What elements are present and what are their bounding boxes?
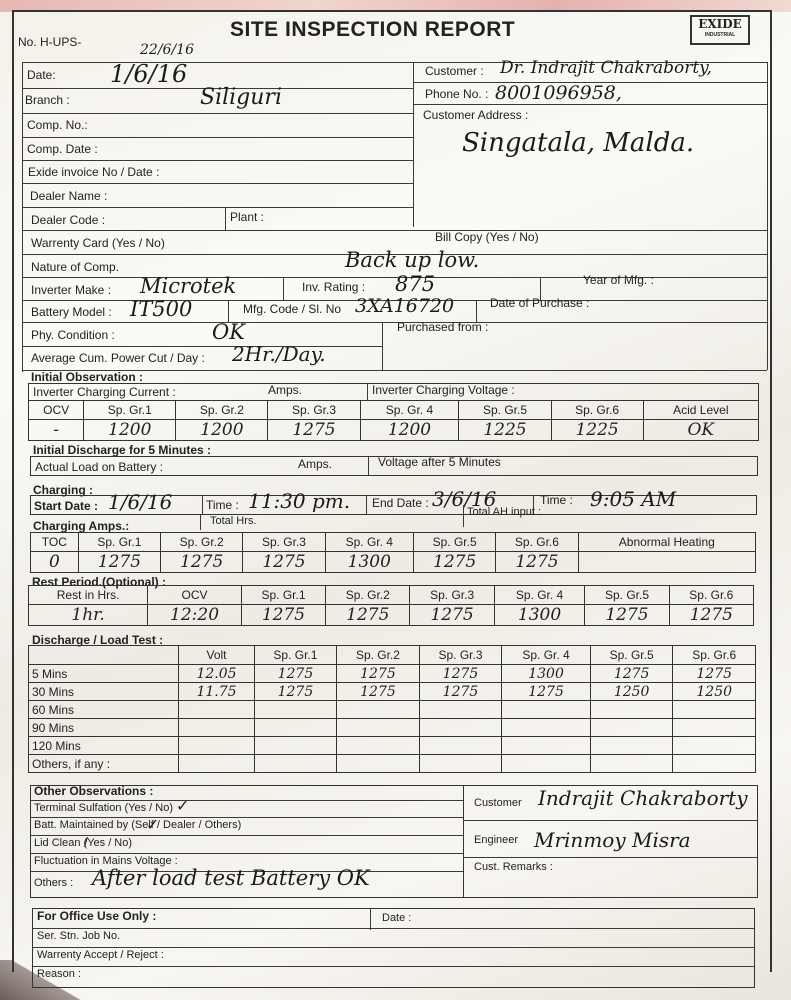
total-hrs-label: Total Hrs. bbox=[210, 515, 256, 527]
inv-rating-value[interactable]: 875 bbox=[395, 272, 435, 296]
header-cell: OCV bbox=[148, 586, 242, 605]
office-use-heading: For Office Use Only : bbox=[37, 909, 156, 923]
battery-model-value[interactable]: IT500 bbox=[130, 297, 192, 321]
start-time-value[interactable]: 11:30 pm. bbox=[248, 489, 350, 513]
avg-power-cut-label: Average Cum. Power Cut / Day : bbox=[31, 351, 205, 365]
phy-condition-label: Phy. Condition : bbox=[31, 328, 115, 342]
checkmark-icon: / bbox=[84, 834, 88, 850]
value-cell[interactable]: 1200 bbox=[84, 420, 176, 441]
date-note: 22/6/16 bbox=[140, 42, 194, 58]
phone-value[interactable]: 8001096958, bbox=[495, 82, 622, 104]
header-cell: Sp. Gr.5 bbox=[414, 533, 496, 552]
warranty-accept-label: Warrenty Accept / Reject : bbox=[37, 949, 164, 961]
table-row: 30 Mins11.75127512751275127512501250 bbox=[29, 683, 756, 701]
value-cell[interactable]: 1275 bbox=[673, 665, 756, 683]
value-cell[interactable]: 1275 bbox=[419, 683, 502, 701]
customer-sign-label: Customer bbox=[474, 797, 522, 809]
job-no-label: Ser. Stn. Job No. bbox=[37, 930, 120, 942]
engineer-sign-label: Engineer bbox=[474, 834, 518, 846]
value-cell[interactable] bbox=[590, 755, 673, 773]
charging-current-label: Inverter Charging Current : bbox=[33, 385, 176, 399]
year-of-mfg-label: Year of Mfg. : bbox=[583, 273, 654, 287]
comp-date-label: Comp. Date : bbox=[27, 142, 98, 156]
rest-period-table: Rest in Hrs.OCVSp. Gr.1Sp. Gr.2Sp. Gr.3S… bbox=[28, 585, 754, 626]
customer-label: Customer : bbox=[425, 64, 484, 78]
value-cell[interactable]: 1275 bbox=[326, 605, 410, 626]
batt-maintained-label[interactable]: Batt. Maintained by (Self / Dealer / Oth… bbox=[34, 819, 241, 831]
value-cell[interactable] bbox=[254, 737, 337, 755]
header-cell: OCV bbox=[29, 401, 84, 420]
row-label: 90 Mins bbox=[29, 719, 179, 737]
date-value[interactable]: 1/6/16 bbox=[110, 60, 187, 88]
start-time-label: Time : bbox=[206, 498, 239, 512]
exide-invoice-label: Exide invoice No / Date : bbox=[28, 165, 159, 179]
value-cell[interactable]: - bbox=[29, 420, 84, 441]
mfg-code-value[interactable]: 3XA16720 bbox=[355, 295, 454, 317]
initial-discharge-heading: Initial Discharge for 5 Minutes : bbox=[33, 443, 211, 457]
table-header-row: VoltSp. Gr.1Sp. Gr.2Sp. Gr.3Sp. Gr. 4Sp.… bbox=[29, 646, 756, 665]
others-value[interactable]: After load test Battery OK bbox=[92, 866, 370, 890]
exide-logo: EXIDE INDUSTRIAL bbox=[690, 15, 750, 45]
value-cell[interactable] bbox=[590, 737, 673, 755]
customer-address-label: Customer Address : bbox=[423, 108, 528, 122]
value-cell[interactable] bbox=[502, 737, 591, 755]
header-cell: Sp. Gr.1 bbox=[78, 533, 160, 552]
header-cell: Sp. Gr.1 bbox=[254, 646, 337, 665]
nature-of-comp-label: Nature of Comp. bbox=[31, 260, 119, 274]
charging-current-amps: Amps. bbox=[268, 383, 302, 397]
table-row: 0127512751275130012751275 bbox=[31, 552, 756, 573]
value-cell[interactable] bbox=[673, 755, 756, 773]
date-of-purchase-label: Date of Purchase : bbox=[490, 296, 589, 310]
customer-signature: Indrajit Chakraborty bbox=[538, 786, 748, 810]
header-cell: Abnormal Heating bbox=[578, 533, 755, 552]
header-cell: Sp. Gr.1 bbox=[241, 586, 325, 605]
date-label: Date: bbox=[27, 68, 56, 82]
row-label: Others, if any : bbox=[29, 755, 179, 773]
header-cell: Sp. Gr.5 bbox=[590, 646, 673, 665]
value-cell[interactable]: 1275 bbox=[585, 605, 669, 626]
header-cell: Sp. Gr.6 bbox=[496, 533, 578, 552]
header-cell: Sp. Gr.5 bbox=[585, 586, 669, 605]
header-cell: Volt bbox=[179, 646, 254, 665]
inverter-make-label: Inverter Make : bbox=[31, 283, 111, 297]
header-cell: Sp. Gr.3 bbox=[268, 401, 360, 420]
voltage-after-5min-label: Voltage after 5 Minutes bbox=[378, 455, 501, 469]
actual-load-label: Actual Load on Battery : bbox=[35, 460, 163, 474]
table-header-row: OCVSp. Gr.1Sp. Gr.2Sp. Gr.3Sp. Gr. 4Sp. … bbox=[29, 401, 759, 420]
avg-power-cut-value[interactable]: 2Hr./Day. bbox=[232, 342, 326, 366]
logo-text: EXIDE bbox=[692, 17, 748, 31]
value-cell[interactable]: 1275 bbox=[78, 552, 160, 573]
value-cell[interactable] bbox=[673, 701, 756, 719]
value-cell[interactable] bbox=[337, 701, 420, 719]
header-cell bbox=[29, 646, 179, 665]
value-cell[interactable]: 1275 bbox=[414, 552, 496, 573]
warranty-card-label: Warrenty Card (Yes / No) bbox=[31, 236, 165, 250]
value-cell[interactable]: 1275 bbox=[410, 605, 494, 626]
header-cell: Sp. Gr. 4 bbox=[494, 586, 585, 605]
header-cell: Sp. Gr.2 bbox=[161, 533, 243, 552]
value-cell[interactable] bbox=[179, 755, 254, 773]
start-date-value[interactable]: 1/6/16 bbox=[108, 490, 172, 514]
value-cell[interactable]: 11.75 bbox=[179, 683, 254, 701]
checkmark-icon: ✓ bbox=[146, 815, 159, 835]
value-cell[interactable]: 1275 bbox=[254, 665, 337, 683]
value-cell[interactable] bbox=[419, 737, 502, 755]
header-cell: Sp. Gr.3 bbox=[419, 646, 502, 665]
header-cell: Sp. Gr.6 bbox=[669, 586, 753, 605]
value-cell[interactable] bbox=[419, 719, 502, 737]
report-number-label: No. H-UPS- bbox=[18, 35, 81, 49]
value-cell[interactable] bbox=[179, 701, 254, 719]
value-cell[interactable] bbox=[502, 701, 591, 719]
row-label: 5 Mins bbox=[29, 665, 179, 683]
branch-value[interactable]: Siliguri bbox=[200, 85, 282, 110]
purchased-from-label: Purchased from : bbox=[397, 320, 488, 334]
initial-observation-table: OCVSp. Gr.1Sp. Gr.2Sp. Gr.3Sp. Gr. 4Sp. … bbox=[28, 400, 759, 441]
header-cell: Sp. Gr. 4 bbox=[360, 401, 459, 420]
comp-no-label: Comp. No.: bbox=[27, 118, 88, 132]
inverter-make-value[interactable]: Microtek bbox=[140, 274, 236, 298]
header-cell: Sp. Gr.2 bbox=[176, 401, 268, 420]
discharge-test-table: VoltSp. Gr.1Sp. Gr.2Sp. Gr.3Sp. Gr. 4Sp.… bbox=[28, 645, 756, 773]
header-cell: Sp. Gr.3 bbox=[243, 533, 325, 552]
value-cell[interactable] bbox=[673, 737, 756, 755]
row-label: 120 Mins bbox=[29, 737, 179, 755]
total-ah-label: Total AH input : bbox=[467, 506, 541, 518]
value-cell[interactable]: 12.05 bbox=[179, 665, 254, 683]
table-row: 60 Mins bbox=[29, 701, 756, 719]
header-cell: Sp. Gr. 4 bbox=[502, 646, 591, 665]
bill-copy-label: Bill Copy (Yes / No) bbox=[435, 230, 539, 244]
header-cell: Acid Level bbox=[643, 401, 758, 420]
logo-subtext: INDUSTRIAL bbox=[692, 31, 748, 39]
value-cell[interactable]: 1225 bbox=[459, 420, 551, 441]
header-cell: Sp. Gr.6 bbox=[551, 401, 643, 420]
value-cell[interactable]: 1275 bbox=[243, 552, 325, 573]
table-header-row: TOCSp. Gr.1Sp. Gr.2Sp. Gr.3Sp. Gr. 4Sp. … bbox=[31, 533, 756, 552]
value-cell[interactable] bbox=[590, 719, 673, 737]
value-cell[interactable] bbox=[254, 755, 337, 773]
value-cell[interactable] bbox=[337, 755, 420, 773]
end-time-label: Time : bbox=[540, 493, 573, 507]
value-cell[interactable]: 0 bbox=[31, 552, 79, 573]
end-time-value[interactable]: 9:05 AM bbox=[590, 487, 676, 511]
office-date-label: Date : bbox=[382, 912, 411, 924]
value-cell[interactable]: 1275 bbox=[268, 420, 360, 441]
header-cell: Sp. Gr.5 bbox=[459, 401, 551, 420]
header-cell: Rest in Hrs. bbox=[29, 586, 148, 605]
mfg-code-label: Mfg. Code / Sl. No bbox=[243, 302, 341, 316]
value-cell[interactable] bbox=[337, 737, 420, 755]
value-cell[interactable]: 1200 bbox=[176, 420, 268, 441]
phone-label: Phone No. : bbox=[425, 87, 488, 101]
value-cell[interactable]: 1300 bbox=[494, 605, 585, 626]
header-cell: Sp. Gr.1 bbox=[84, 401, 176, 420]
header-cell: Sp. Gr.3 bbox=[410, 586, 494, 605]
value-cell[interactable]: 1250 bbox=[673, 683, 756, 701]
value-cell[interactable]: OK bbox=[643, 420, 758, 441]
value-cell[interactable]: 1hr. bbox=[29, 605, 148, 626]
value-cell[interactable]: 1225 bbox=[551, 420, 643, 441]
value-cell[interactable]: 1275 bbox=[337, 665, 420, 683]
value-cell[interactable] bbox=[254, 719, 337, 737]
row-label: 60 Mins bbox=[29, 701, 179, 719]
cust-remarks-label: Cust. Remarks : bbox=[474, 861, 553, 873]
dealer-code-label: Dealer Code : bbox=[31, 213, 105, 227]
value-cell[interactable]: 1275 bbox=[337, 683, 420, 701]
table-row: -120012001275120012251225OK bbox=[29, 420, 759, 441]
value-cell[interactable]: 1275 bbox=[419, 665, 502, 683]
report-title: SITE INSPECTION REPORT bbox=[230, 18, 515, 42]
value-cell[interactable]: 1275 bbox=[241, 605, 325, 626]
value-cell[interactable]: 1300 bbox=[325, 552, 413, 573]
table-row: 90 Mins bbox=[29, 719, 756, 737]
charging-amps-label: Charging Amps.: bbox=[33, 519, 129, 533]
value-cell[interactable]: 1275 bbox=[254, 683, 337, 701]
table-row: 1hr.12:20127512751275130012751275 bbox=[29, 605, 754, 626]
header-cell: Sp. Gr.2 bbox=[337, 646, 420, 665]
nature-of-comp-value[interactable]: Back up low. bbox=[345, 248, 479, 272]
value-cell[interactable]: 1275 bbox=[590, 665, 673, 683]
value-cell[interactable]: 12:20 bbox=[148, 605, 242, 626]
value-cell[interactable] bbox=[502, 719, 591, 737]
dealer-name-label: Dealer Name : bbox=[30, 189, 107, 203]
table-header-row: Rest in Hrs.OCVSp. Gr.1Sp. Gr.2Sp. Gr.3S… bbox=[29, 586, 754, 605]
table-row: 5 Mins12.05127512751275130012751275 bbox=[29, 665, 756, 683]
plant-label: Plant : bbox=[230, 210, 264, 224]
value-cell[interactable] bbox=[419, 755, 502, 773]
customer-address-value[interactable]: Singatala, Malda. bbox=[462, 128, 694, 158]
branch-label: Branch : bbox=[25, 93, 70, 107]
value-cell[interactable]: 1275 bbox=[502, 683, 591, 701]
value-cell[interactable] bbox=[578, 552, 755, 573]
value-cell[interactable] bbox=[254, 701, 337, 719]
value-cell[interactable] bbox=[673, 719, 756, 737]
engineer-signature: Mrinmoy Misra bbox=[534, 828, 691, 852]
report-paper: No. H-UPS- SITE INSPECTION REPORT EXIDE … bbox=[0, 0, 791, 1000]
value-cell[interactable] bbox=[179, 719, 254, 737]
terminal-sulfation-label[interactable]: Terminal Sulfation (Yes / No) bbox=[34, 802, 173, 814]
row-label: 30 Mins bbox=[29, 683, 179, 701]
charging-table: TOCSp. Gr.1Sp. Gr.2Sp. Gr.3Sp. Gr. 4Sp. … bbox=[30, 532, 756, 573]
battery-model-label: Battery Model : bbox=[31, 305, 112, 319]
value-cell[interactable] bbox=[590, 701, 673, 719]
header-cell: Sp. Gr.2 bbox=[326, 586, 410, 605]
value-cell[interactable]: 1250 bbox=[590, 683, 673, 701]
start-date-label: Start Date : bbox=[34, 499, 98, 513]
others-label: Others : bbox=[34, 877, 73, 889]
checkmark-icon: ✓ bbox=[176, 796, 189, 816]
phy-condition-value[interactable]: OK bbox=[212, 320, 245, 344]
value-cell[interactable]: 1300 bbox=[502, 665, 591, 683]
end-date-label: End Date : bbox=[372, 496, 429, 510]
table-row: 120 Mins bbox=[29, 737, 756, 755]
inv-rating-label: Inv. Rating : bbox=[302, 280, 365, 294]
value-cell[interactable] bbox=[419, 701, 502, 719]
value-cell[interactable]: 1275 bbox=[496, 552, 578, 573]
value-cell[interactable] bbox=[337, 719, 420, 737]
value-cell[interactable] bbox=[502, 755, 591, 773]
value-cell[interactable]: 1275 bbox=[161, 552, 243, 573]
charging-voltage-label: Inverter Charging Voltage : bbox=[372, 383, 515, 397]
other-observations-heading: Other Observations : bbox=[34, 784, 153, 798]
value-cell[interactable]: 1200 bbox=[360, 420, 459, 441]
header-cell: Sp. Gr. 4 bbox=[325, 533, 413, 552]
header-cell: TOC bbox=[31, 533, 79, 552]
initial-observation-heading: Initial Observation : bbox=[31, 370, 143, 384]
table-row: Others, if any : bbox=[29, 755, 756, 773]
value-cell[interactable] bbox=[179, 737, 254, 755]
header-cell: Sp. Gr.6 bbox=[673, 646, 756, 665]
value-cell[interactable]: 1275 bbox=[669, 605, 753, 626]
customer-value[interactable]: Dr. Indrajit Chakraborty, bbox=[500, 58, 712, 78]
reason-label: Reason : bbox=[37, 968, 81, 980]
actual-load-amps: Amps. bbox=[298, 457, 332, 471]
